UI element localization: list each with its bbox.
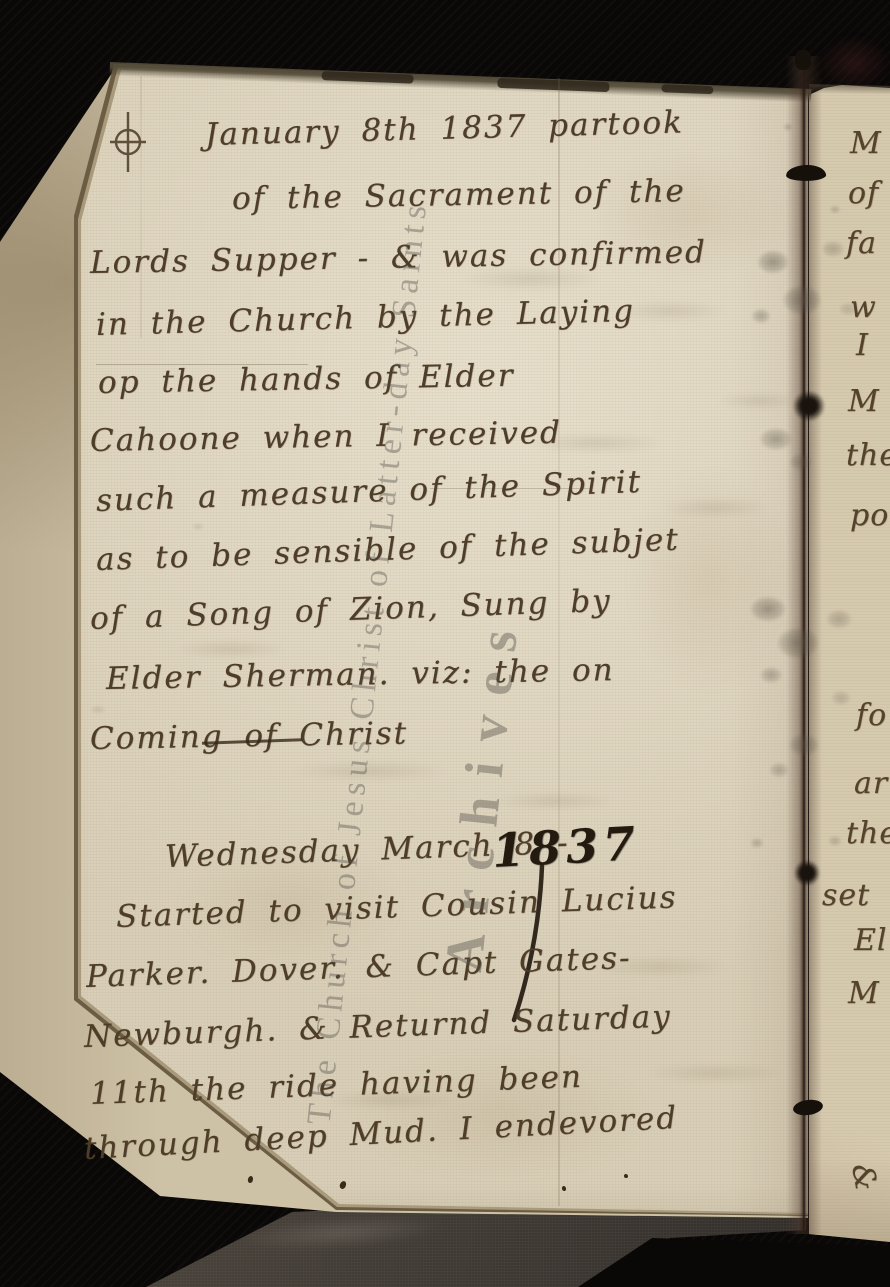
fox-stain xyxy=(826,834,844,848)
show-through-smudge xyxy=(470,788,640,814)
edge-blotch xyxy=(497,78,609,92)
binding-stitch xyxy=(795,50,811,70)
fox-stain xyxy=(752,246,794,278)
page-fragment: fa xyxy=(846,226,877,261)
show-through-smudge xyxy=(620,1058,810,1088)
cross-circle-mark xyxy=(104,108,152,176)
fox-stain xyxy=(748,306,774,326)
page-fragment: El xyxy=(854,923,888,958)
fox-stain xyxy=(756,664,786,686)
page-fragment: M xyxy=(848,384,880,419)
fox-stain xyxy=(782,122,794,132)
fox-stain xyxy=(748,836,766,850)
page-fragment: the xyxy=(846,816,890,851)
edge-blotch xyxy=(321,71,413,84)
journal-photo: January 8th 1837 partook of the Sacramen… xyxy=(0,0,890,1287)
fox-stain xyxy=(766,760,792,780)
ink-speck xyxy=(624,1174,628,1178)
handwriting-line: Coming of Christ xyxy=(90,716,409,756)
page-fragment: set xyxy=(822,878,870,913)
fox-stain xyxy=(786,450,816,474)
fox-stain xyxy=(754,424,798,454)
fox-stain xyxy=(828,688,854,708)
page-fragment: of xyxy=(848,176,879,211)
page-fragment: M xyxy=(850,126,882,161)
binding-stitch xyxy=(790,856,824,890)
fox-stain xyxy=(190,522,206,531)
edge-blotch xyxy=(661,84,713,94)
page-fragment: I xyxy=(856,328,869,363)
page-fragment: w xyxy=(850,290,877,325)
fox-stain xyxy=(88,704,108,715)
page-fragment: fo xyxy=(856,698,887,733)
show-through-smudge xyxy=(260,756,480,786)
handwriting-line: of the Sacrament of the xyxy=(232,174,686,216)
show-through-smudge xyxy=(640,494,790,522)
handwriting-line: op the hands of Elder xyxy=(98,359,515,400)
page-fragment: M xyxy=(848,976,880,1011)
fox-stain xyxy=(828,204,842,215)
handwriting-line: Cahoone when I received xyxy=(90,416,562,458)
fox-stain xyxy=(770,622,826,664)
page-fragment: & xyxy=(844,1161,883,1194)
fox-stain xyxy=(744,592,792,626)
page-fragment: the xyxy=(846,438,890,473)
fox-stain xyxy=(776,280,828,320)
fox-stain xyxy=(818,238,848,260)
page-fragment: po xyxy=(850,498,889,533)
fox-stain xyxy=(822,606,856,632)
binding-stitch xyxy=(788,386,830,426)
page-fragment: ar xyxy=(854,766,888,801)
fox-stain xyxy=(784,730,824,760)
cover-corner-tint xyxy=(818,36,890,90)
ink-speck xyxy=(562,1186,566,1191)
